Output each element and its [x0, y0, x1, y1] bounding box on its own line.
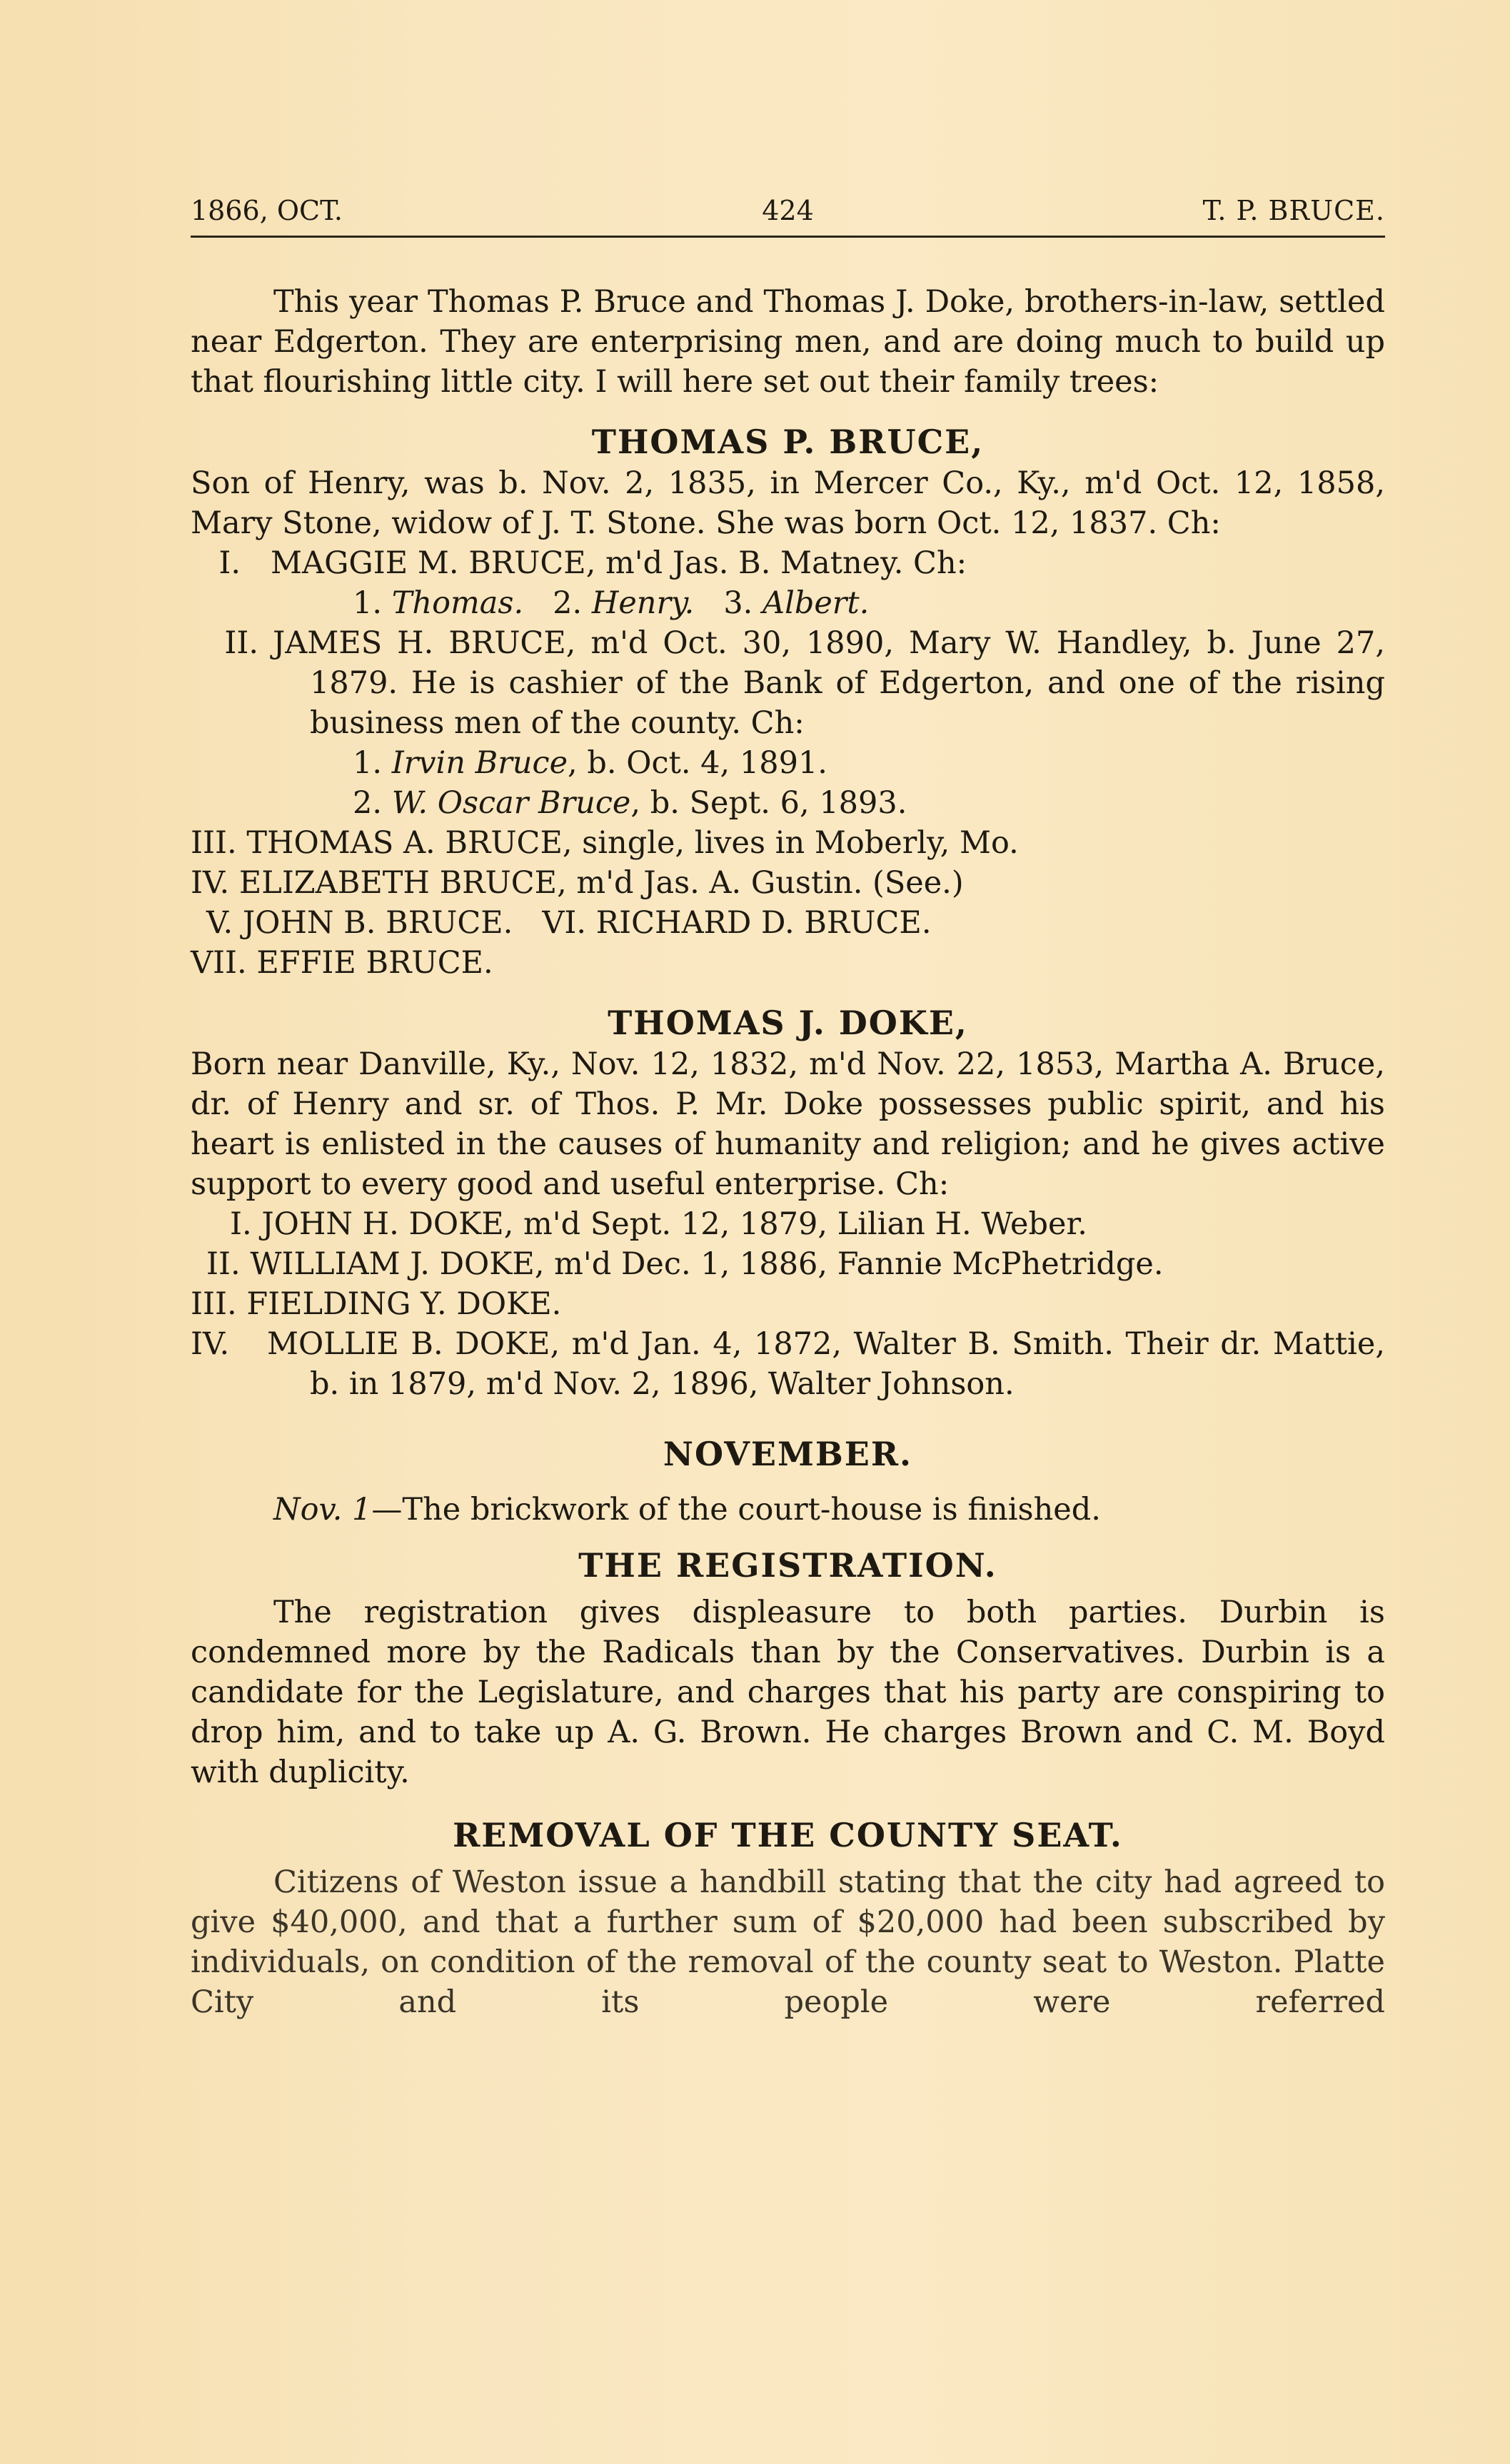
grandchild-name: Albert.: [762, 585, 869, 621]
child-numeral: VI.: [542, 905, 586, 941]
entry-date: Nov. 1: [273, 1492, 371, 1528]
section-heading-bruce: THOMAS P. BRUCE,: [191, 420, 1385, 463]
bruce-child-7: VII. EFFIE BRUCE.: [191, 943, 1385, 983]
child-numeral: IV.: [191, 865, 229, 901]
child-numeral: VII.: [191, 945, 247, 981]
section-heading-doke: THOMAS J. DOKE,: [191, 1001, 1385, 1044]
grandchild-line: 1. Irvin Bruce, b. Oct. 4, 1891.: [191, 743, 1385, 783]
grandchild-name: W. Oscar Bruce: [392, 785, 631, 821]
grandchild-name: Thomas.: [392, 585, 523, 621]
grandchild-number: 2.: [353, 785, 382, 821]
child-numeral: III.: [191, 1286, 237, 1322]
child-text: MOLLIE B. DOKE, m'd Jan. 4, 1872, Walter…: [310, 1324, 1385, 1404]
child-text: THOMAS A. BRUCE, single, lives in Moberl…: [246, 825, 1019, 861]
running-head: 1866, OCT. 424 T. P. BRUCE.: [191, 193, 1385, 228]
doke-child-2: II. WILLIAM J. DOKE, m'd Dec. 1, 1886, F…: [191, 1244, 1385, 1284]
child-text: JOHN H. DOKE, m'd Sept. 12, 1879, Lilian…: [261, 1206, 1087, 1242]
bruce-child-3: III. THOMAS A. BRUCE, single, lives in M…: [191, 823, 1385, 863]
grandchild-name: Henry.: [592, 585, 694, 621]
child-numeral: IV.: [191, 1324, 229, 1364]
child-numeral: I.: [191, 543, 241, 583]
grandchild-number: 2.: [553, 585, 582, 621]
child-numeral: I.: [230, 1206, 252, 1242]
registration-paragraph: The registration gives displeasure to bo…: [191, 1592, 1385, 1792]
child-numeral: V.: [206, 905, 233, 941]
child-numeral: II.: [191, 623, 258, 663]
book-page: 1866, OCT. 424 T. P. BRUCE. This year Th…: [191, 193, 1385, 2022]
child-numeral: III.: [191, 825, 237, 861]
bruce-child-1: I. MAGGIE M. BRUCE, m'd Jas. B. Matney. …: [191, 543, 1385, 583]
doke-child-1: I. JOHN H. DOKE, m'd Sept. 12, 1879, Lil…: [191, 1204, 1385, 1244]
grandchild-name: Irvin Bruce: [392, 745, 568, 781]
november-entry: Nov. 1—The brickwork of the court-house …: [191, 1490, 1385, 1530]
child-text: WILLIAM J. DOKE, m'd Dec. 1, 1886, Fanni…: [250, 1246, 1163, 1282]
grandchild-detail: , b. Sept. 6, 1893.: [630, 785, 907, 821]
doke-bio: Born near Danville, Ky., Nov. 12, 1832, …: [191, 1044, 1385, 1204]
county-seat-paragraph: Citizens of Weston issue a handbill stat…: [191, 1862, 1385, 2022]
section-heading-november: NOVEMBER.: [191, 1433, 1385, 1475]
child-text: MAGGIE M. BRUCE, m'd Jas. B. Matney. Ch:: [271, 545, 967, 581]
grandchild-number: 1.: [353, 585, 382, 621]
grandchild-number: 1.: [353, 745, 382, 781]
grandchild-line: 2. W. Oscar Bruce, b. Sept. 6, 1893.: [191, 783, 1385, 823]
intro-paragraph: This year Thomas P. Bruce and Thomas J. …: [191, 282, 1385, 402]
child-text: FIELDING Y. DOKE.: [246, 1286, 561, 1322]
bruce-child-4: IV. ELIZABETH BRUCE, m'd Jas. A. Gustin.…: [191, 863, 1385, 903]
body-text: This year Thomas P. Bruce and Thomas J. …: [191, 238, 1385, 2022]
child-numeral: II.: [206, 1246, 241, 1282]
section-heading-county-seat: REMOVAL OF THE COUNTY SEAT.: [191, 1814, 1385, 1857]
entry-text: —The brickwork of the court-house is fin…: [371, 1492, 1101, 1528]
child-text: JOHN B. BRUCE.: [243, 905, 513, 941]
doke-child-3: III. FIELDING Y. DOKE.: [191, 1284, 1385, 1324]
child-text: RICHARD D. BRUCE.: [596, 905, 932, 941]
section-heading-registration: THE REGISTRATION.: [191, 1544, 1385, 1587]
doke-child-4: IV. MOLLIE B. DOKE, m'd Jan. 4, 1872, Wa…: [191, 1324, 1385, 1404]
bruce-bio: Son of Henry, was b. Nov. 2, 1835, in Me…: [191, 463, 1385, 543]
child-text: ELIZABETH BRUCE, m'd Jas. A. Gustin. (Se…: [239, 865, 964, 901]
child-text: EFFIE BRUCE.: [256, 945, 493, 981]
bruce-child-2: II. JAMES H. BRUCE, m'd Oct. 30, 1890, M…: [191, 623, 1385, 743]
running-head-subject: T. P. BRUCE.: [1203, 193, 1385, 228]
grandchild-detail: , b. Oct. 4, 1891.: [568, 745, 827, 781]
grandchildren-line: 1. Thomas. 2. Henry. 3. Albert.: [191, 583, 1385, 623]
child-text: JAMES H. BRUCE, m'd Oct. 30, 1890, Mary …: [310, 623, 1385, 743]
bruce-child-5-6: V. JOHN B. BRUCE. VI. RICHARD D. BRUCE.: [191, 903, 1385, 943]
grandchild-number: 3.: [723, 585, 753, 621]
